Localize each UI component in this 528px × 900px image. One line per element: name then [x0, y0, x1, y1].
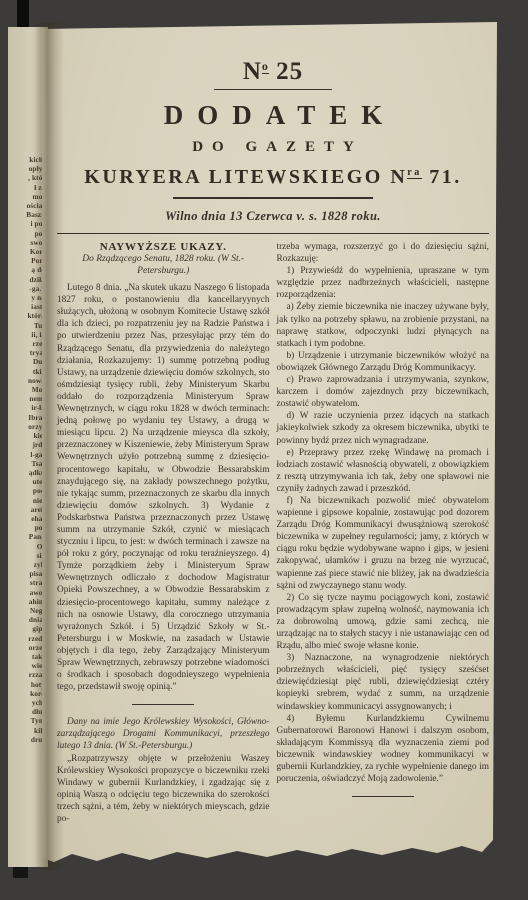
masthead-rule-small [214, 89, 332, 90]
paragraph: f) Na biczewnikach pozwolić mieć obywate… [277, 495, 490, 592]
paragraph: c) Prawo zaprowadzania i utrzymywania, s… [277, 374, 490, 410]
paragraph: „Rozpatrzywszy objęte w przełożeniu Wasz… [57, 753, 270, 826]
decree-heading: Dany na imie Jego Królewskiey Wysokości,… [57, 716, 270, 752]
adjacent-page-line-endings: kich, opły- , któ- ł ze mo- ościa- Baszą… [9, 155, 45, 744]
dateline: Wilno dnia 13 Czerwca v. s. 1828 roku. [57, 209, 489, 224]
scan-background: kich, opły- , któ- ł ze mo- ościa- Baszą… [0, 0, 528, 900]
paragraph: trzeba wymaga, rozszerzyć go i do dziesi… [277, 241, 490, 265]
masthead-title-line3: KURYERA LITEWSKIEGO Nra 71. [57, 166, 489, 189]
paragraph: a) Żeby ziemie biczewnika nie inaczey uż… [277, 301, 490, 349]
right-column: trzeba wymaga, rozszerzyć go i do dziesi… [277, 241, 490, 825]
text-columns: NAYWYŻSZE UKAZY. Do Rządzącego Senatu, 1… [57, 241, 489, 825]
masthead-rule-medium [173, 197, 373, 199]
left-column: NAYWYŻSZE UKAZY. Do Rządzącego Senatu, 1… [57, 241, 270, 825]
issue-number: No 25 [57, 58, 489, 86]
paragraph: 4) Byłemu Kurlandzkiemu Cywilnemu Gubern… [277, 713, 490, 786]
paragraph: Lutego 8 dnia. „Na skutek ukazu Naszego … [57, 282, 270, 693]
paragraph: b) Urządzenie i utrzymanie biczewników w… [277, 350, 490, 374]
section-divider [132, 704, 194, 705]
bookmark-ribbon-top [17, 0, 29, 28]
masthead: No 25 DODATEK DO GAZETY KURYERA LITEWSKI… [57, 58, 489, 234]
section-heading: NAYWYŻSZE UKAZY. [57, 241, 270, 253]
masthead-title-line2: DO GAZETY [57, 139, 489, 156]
masthead-title-line1: DODATEK [57, 100, 489, 131]
newspaper-page: No 25 DODATEK DO GAZETY KURYERA LITEWSKI… [42, 22, 497, 868]
paragraph: 3) Naznaczone, na wynagrodzenie niektóry… [277, 652, 490, 712]
paragraph: e) Przeprawy przez rzekę Windawę na prom… [277, 447, 490, 495]
section-divider [352, 796, 414, 797]
section-subheading: Do Rządzącego Senatu, 1828 roku. (W St.-… [65, 254, 262, 277]
page-content: No 25 DODATEK DO GAZETY KURYERA LITEWSKI… [57, 22, 489, 825]
paragraph: d) W razie uczynienia przez idących na s… [277, 410, 490, 446]
paragraph: 1) Przywieśdź do wypełnienia, upraszane … [277, 265, 490, 301]
masthead-rule-full [57, 233, 489, 234]
paragraph: 2) Co się tycze naymu pociągowych koni, … [277, 592, 490, 652]
